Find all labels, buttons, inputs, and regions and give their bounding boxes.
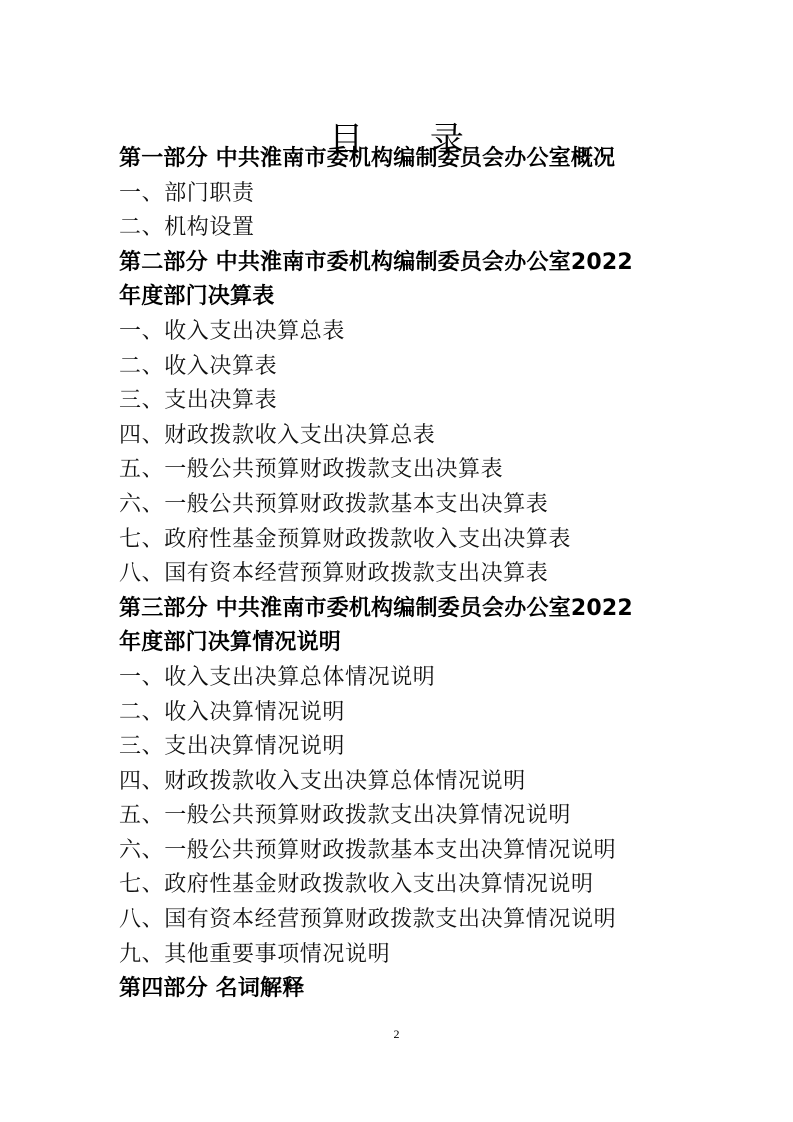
toc-entry-duties[interactable]: 一、部门职责 bbox=[119, 177, 699, 212]
toc-entry[interactable]: 七、政府性基金财政拨款收入支出决算情况说明 bbox=[119, 868, 699, 903]
toc-entry[interactable]: 四、财政拨款收入支出决算总体情况说明 bbox=[119, 765, 699, 800]
toc-entry[interactable]: 八、国有资本经营预算财政拨款支出决算情况说明 bbox=[119, 903, 699, 938]
toc-part-3-heading-cont[interactable]: 年度部门决算情况说明 bbox=[119, 626, 699, 661]
toc-entry[interactable]: 六、一般公共预算财政拨款基本支出决算情况说明 bbox=[119, 834, 699, 869]
document-page: 目 录 第一部分 中共淮南市委机构编制委员会办公室概况 一、部门职责 二、机构设… bbox=[0, 0, 793, 1122]
toc-entry[interactable]: 八、国有资本经营预算财政拨款支出决算表 bbox=[119, 557, 699, 592]
table-of-contents: 第一部分 中共淮南市委机构编制委员会办公室概况 一、部门职责 二、机构设置 第二… bbox=[119, 142, 699, 1007]
toc-entry-organization[interactable]: 二、机构设置 bbox=[119, 211, 699, 246]
page-number: 2 bbox=[0, 1026, 793, 1042]
toc-entry[interactable]: 二、收入决算情况说明 bbox=[119, 696, 699, 731]
toc-entry[interactable]: 九、其他重要事项情况说明 bbox=[119, 938, 699, 973]
toc-entry[interactable]: 六、一般公共预算财政拨款基本支出决算表 bbox=[119, 488, 699, 523]
toc-part-2-heading-cont[interactable]: 年度部门决算表 bbox=[119, 280, 699, 315]
toc-entry[interactable]: 五、一般公共预算财政拨款支出决算表 bbox=[119, 453, 699, 488]
toc-part-4-heading[interactable]: 第四部分 名词解释 bbox=[119, 972, 699, 1007]
toc-entry[interactable]: 五、一般公共预算财政拨款支出决算情况说明 bbox=[119, 799, 699, 834]
toc-entry[interactable]: 一、收入支出决算总表 bbox=[119, 315, 699, 350]
toc-part-1-heading[interactable]: 第一部分 中共淮南市委机构编制委员会办公室概况 bbox=[119, 142, 699, 177]
toc-entry[interactable]: 二、收入决算表 bbox=[119, 350, 699, 385]
toc-entry[interactable]: 四、财政拨款收入支出决算总表 bbox=[119, 419, 699, 454]
toc-entry[interactable]: 三、支出决算情况说明 bbox=[119, 730, 699, 765]
toc-entry[interactable]: 七、政府性基金预算财政拨款收入支出决算表 bbox=[119, 523, 699, 558]
toc-entry[interactable]: 三、支出决算表 bbox=[119, 384, 699, 419]
toc-part-2-heading[interactable]: 第二部分 中共淮南市委机构编制委员会办公室2022 bbox=[119, 246, 699, 281]
toc-entry[interactable]: 一、收入支出决算总体情况说明 bbox=[119, 661, 699, 696]
toc-part-3-heading[interactable]: 第三部分 中共淮南市委机构编制委员会办公室2022 bbox=[119, 592, 699, 627]
